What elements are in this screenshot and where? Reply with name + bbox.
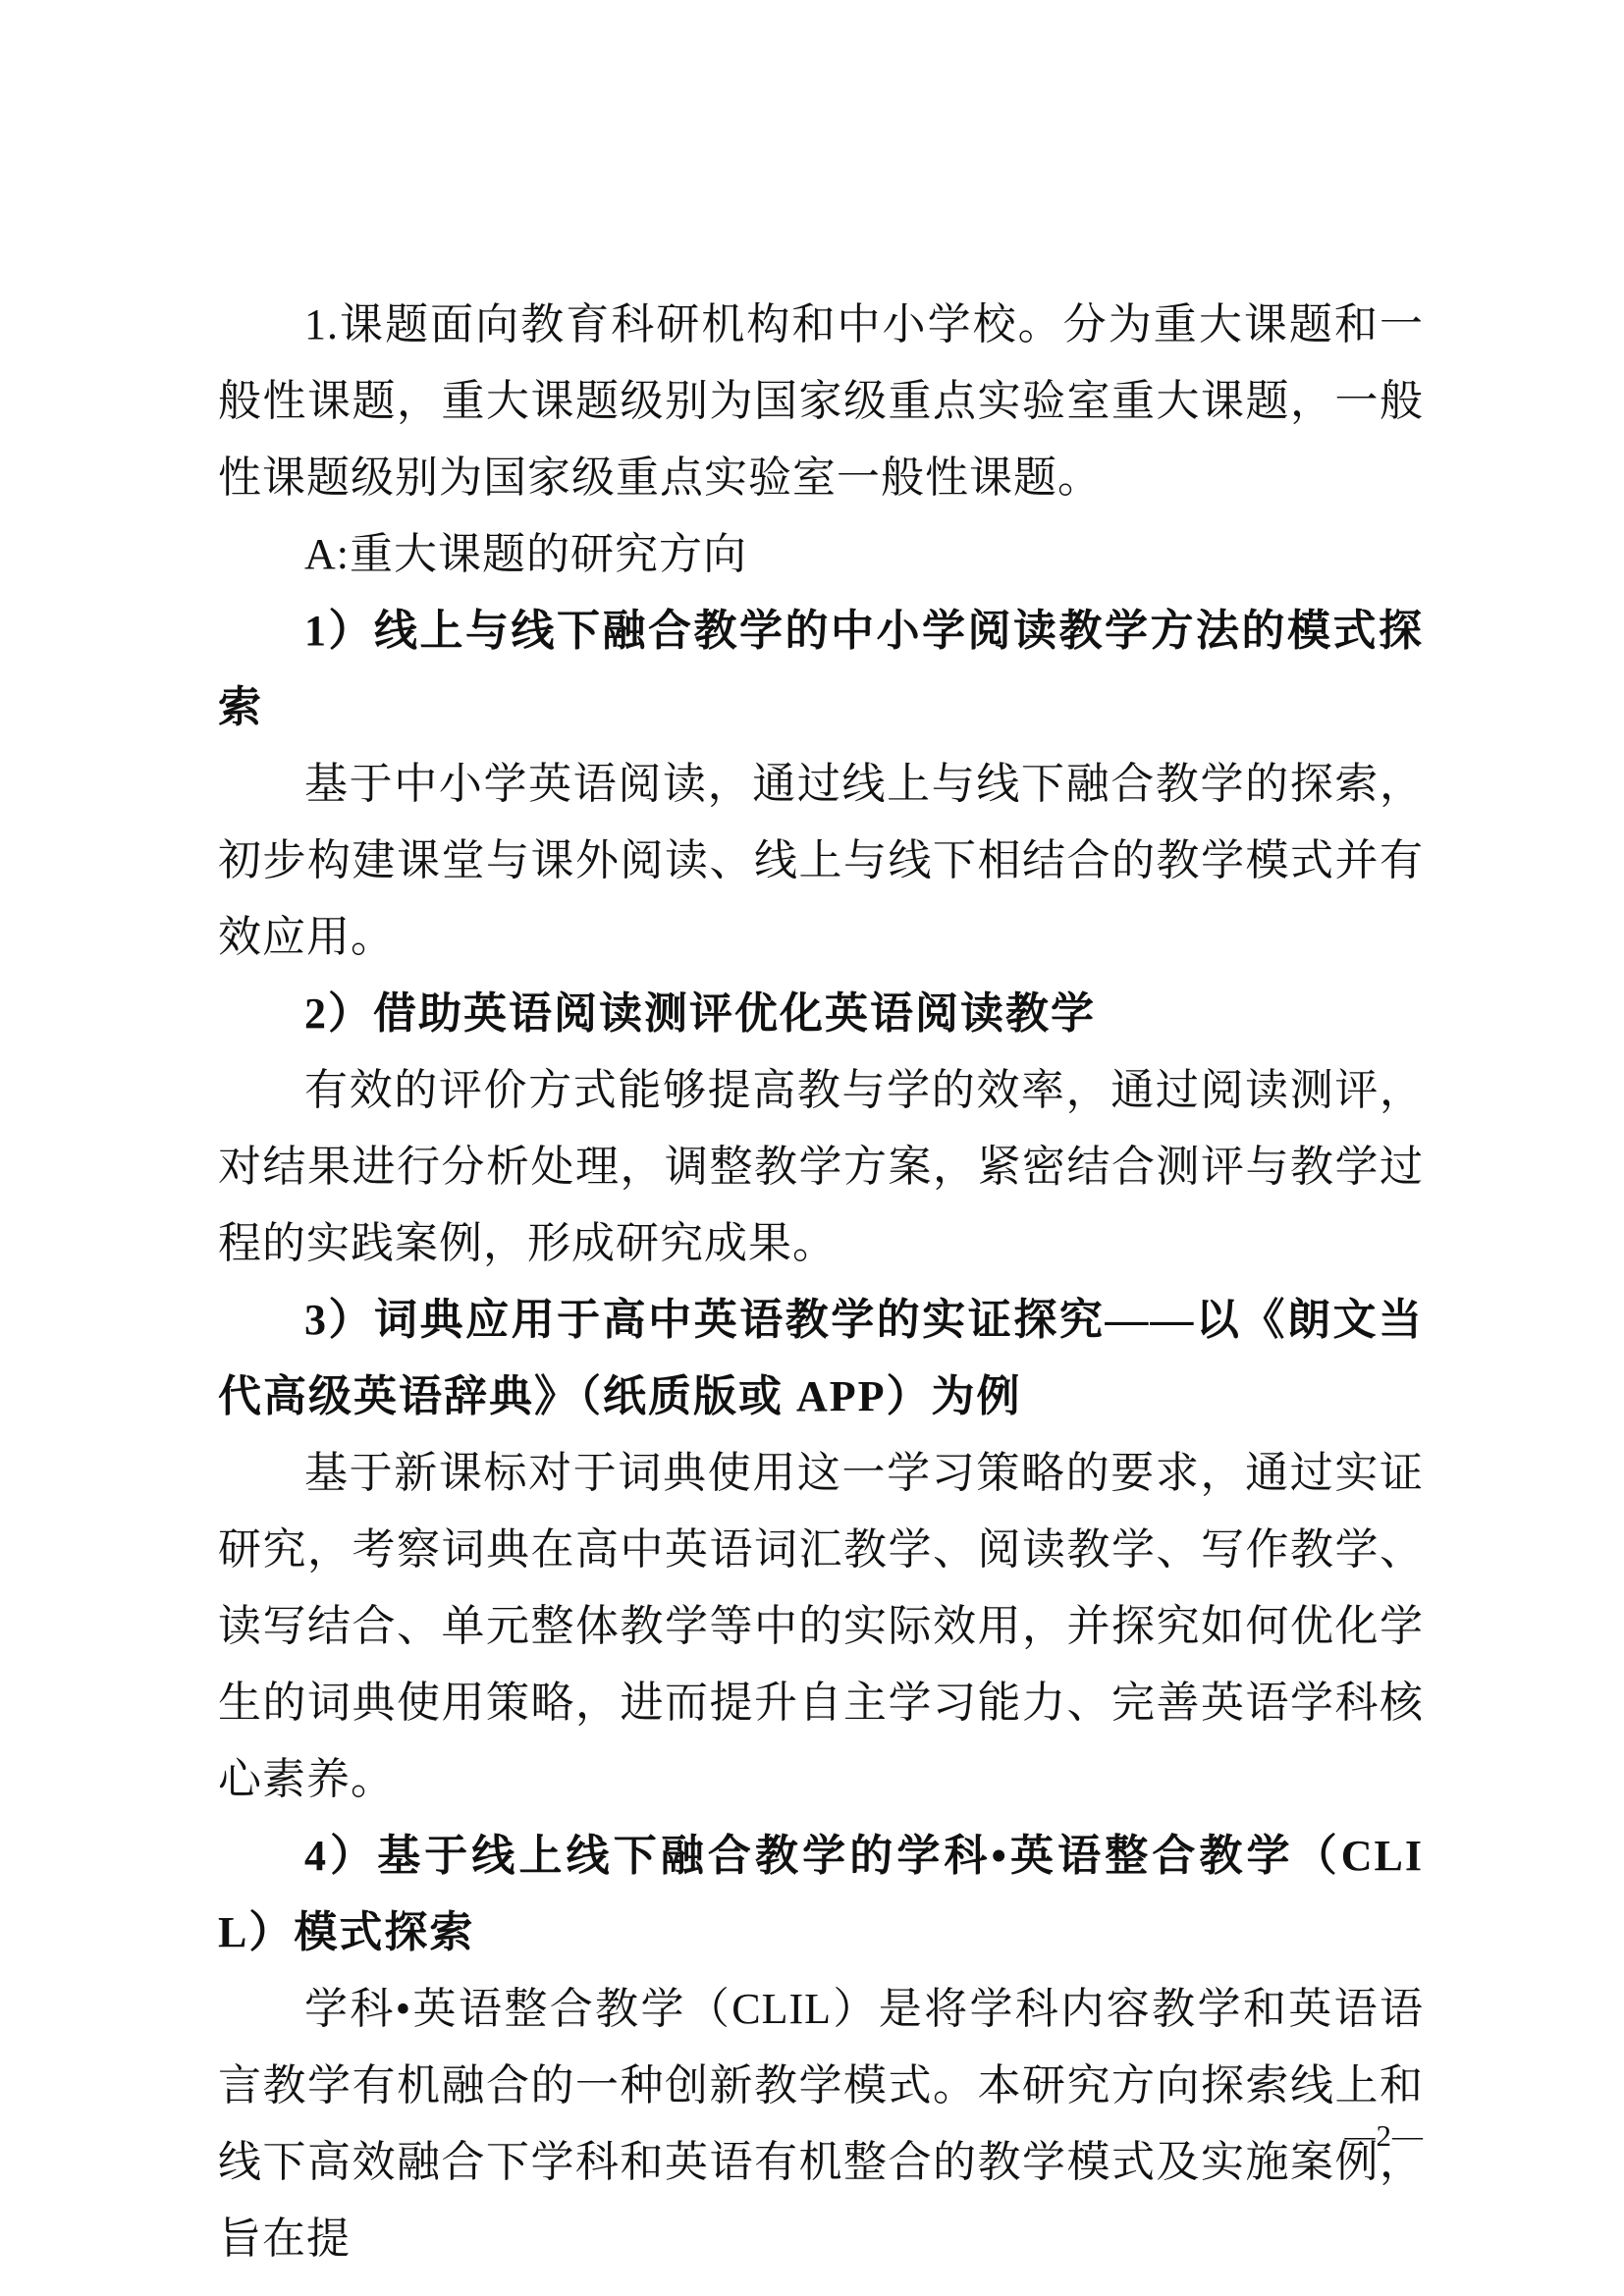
body-paragraph: A:重大课题的研究方向: [218, 516, 1424, 593]
section-heading: 4）基于线上线下融合教学的学科•英语整合教学（CLIL）模式探索: [218, 1818, 1424, 1971]
body-paragraph: 1.课题面向教育科研机构和中小学校。分为重大课题和一般性课题，重大课题级别为国家…: [218, 287, 1424, 516]
page-number: —2—: [1345, 2118, 1425, 2153]
section-heading: 1）线上与线下融合教学的中小学阅读教学方法的模式探索: [218, 593, 1424, 746]
body-paragraph: 基于中小学英语阅读，通过线上与线下融合教学的探索，初步构建课堂与课外阅读、线上与…: [218, 746, 1424, 976]
body-paragraph: 有效的评价方式能够提高教与学的效率，通过阅读测评，对结果进行分析处理，调整教学方…: [218, 1052, 1424, 1282]
page-footer: —2—: [1345, 2116, 1425, 2156]
document-page: 1.课题面向教育科研机构和中小学校。分为重大课题和一般性课题，重大课题级别为国家…: [0, 0, 1624, 2296]
body-paragraph: 学科•英语整合教学（CLIL）是将学科内容教学和英语语言教学有机融合的一种创新教…: [218, 1971, 1424, 2277]
section-heading: 3）词典应用于高中英语教学的实证探究——以《朗文当代高级英语辞典》（纸质版或 A…: [218, 1282, 1424, 1435]
section-heading: 2）借助英语阅读测评优化英语阅读教学: [218, 976, 1424, 1052]
document-body: 1.课题面向教育科研机构和中小学校。分为重大课题和一般性课题，重大课题级别为国家…: [218, 287, 1424, 2277]
body-paragraph: 基于新课标对于词典使用这一学习策略的要求，通过实证研究，考察词典在高中英语词汇教…: [218, 1435, 1424, 1818]
